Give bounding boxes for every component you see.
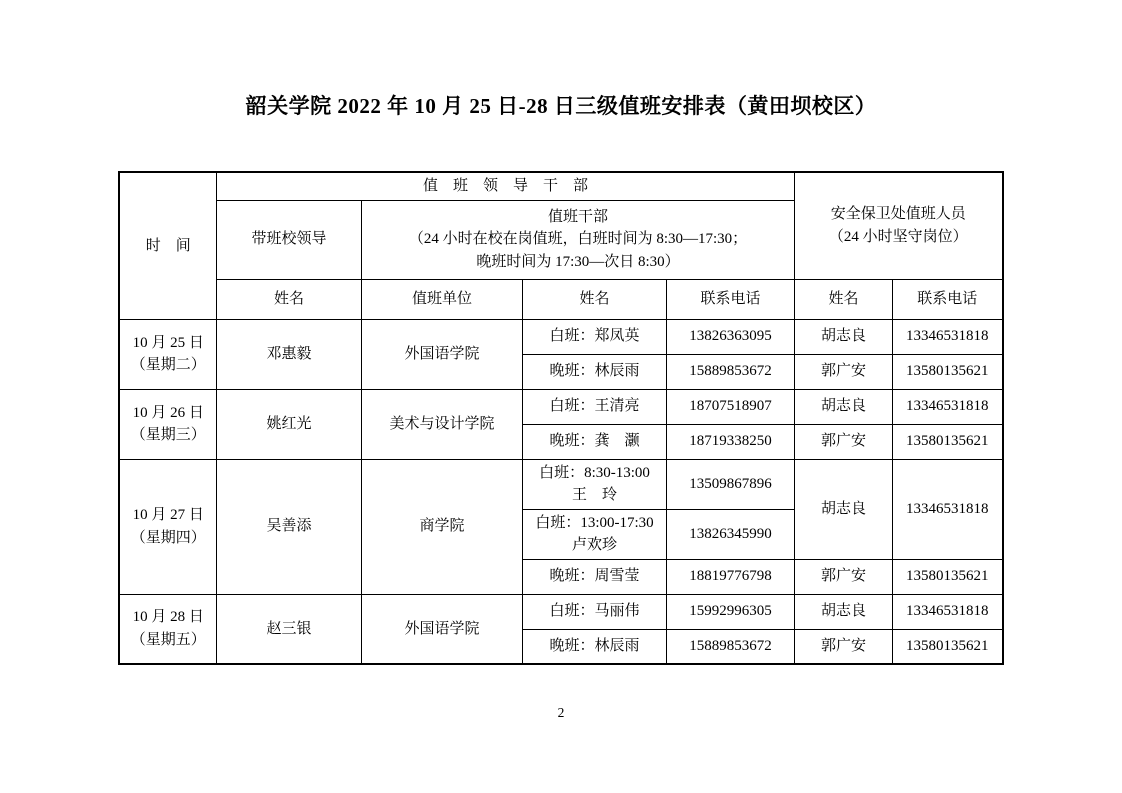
date-cell: 10 月 25 日 （星期二） bbox=[119, 319, 216, 389]
cadre-phone-cell: 15992996305 bbox=[666, 594, 794, 629]
date-cell: 10 月 26 日 （星期三） bbox=[119, 389, 216, 459]
cadre-phone-cell: 13826363095 bbox=[666, 319, 794, 354]
header-col-security-name: 姓名 bbox=[795, 279, 893, 319]
cadre-shift-cell: 白班：郑凤英 bbox=[522, 319, 666, 354]
security-name-cell: 胡志良 bbox=[795, 594, 893, 629]
security-name-cell: 郭广安 bbox=[795, 629, 893, 664]
cadre-phone-cell: 15889853672 bbox=[666, 629, 794, 664]
cadre-shift-cell: 白班：王清亮 bbox=[522, 389, 666, 424]
cadre-phone-cell: 18819776798 bbox=[666, 559, 794, 594]
duty-unit-cell: 外国语学院 bbox=[361, 594, 522, 664]
security-name-cell: 郭广安 bbox=[795, 559, 893, 594]
cadre-shift-cell: 晚班：林辰雨 bbox=[522, 629, 666, 664]
security-phone-cell: 13580135621 bbox=[893, 424, 1003, 459]
duty-schedule-table: 时 间 值 班 领 导 干 部 安全保卫处值班人员 （24 小时坚守岗位） 带班… bbox=[118, 171, 1003, 665]
cadre-shift-cell: 晚班：周雪莹 bbox=[522, 559, 666, 594]
cadre-phone-cell: 18707518907 bbox=[666, 389, 794, 424]
duty-unit-cell: 外国语学院 bbox=[361, 319, 522, 389]
cadre-shift-cell: 晚班：龚 灏 bbox=[522, 424, 666, 459]
duty-unit-cell: 美术与设计学院 bbox=[361, 389, 522, 459]
header-col-cadre-phone: 联系电话 bbox=[666, 279, 794, 319]
security-phone-cell: 13580135621 bbox=[893, 559, 1003, 594]
security-name-cell: 胡志良 bbox=[795, 389, 893, 424]
security-phone-cell: 13346531818 bbox=[893, 459, 1003, 559]
row-oct28-day: 10 月 28 日 （星期五） 赵三银 外国语学院 白班：马丽伟 1599299… bbox=[119, 594, 1002, 629]
header-col-duty-unit: 值班单位 bbox=[361, 279, 522, 319]
header-duty-leaders-group-cell: 值 班 领 导 干 部 bbox=[216, 172, 794, 200]
cadre-phone-cell: 15889853672 bbox=[666, 354, 794, 389]
row-oct27-day1: 10 月 27 日 （星期四） 吴善添 商学院 白班：8:30-13:00 王 … bbox=[119, 459, 1002, 509]
school-leader-cell: 姚红光 bbox=[216, 389, 361, 459]
row-oct26-day: 10 月 26 日 （星期三） 姚红光 美术与设计学院 白班：王清亮 18707… bbox=[119, 389, 1002, 424]
cadre-phone-cell: 13826345990 bbox=[666, 509, 794, 559]
header-duty-cadre-cell: 值班干部 （24 小时在校在岗值班，白班时间为 8:30—17:30； 晚班时间… bbox=[361, 200, 794, 279]
header-lead-leader-cell: 带班校领导 bbox=[216, 200, 361, 279]
security-name-cell: 胡志良 bbox=[795, 459, 893, 559]
date-cell: 10 月 28 日 （星期五） bbox=[119, 594, 216, 664]
security-name-cell: 郭广安 bbox=[795, 354, 893, 389]
header-col-security-phone: 联系电话 bbox=[893, 279, 1003, 319]
security-phone-cell: 13346531818 bbox=[893, 389, 1003, 424]
page-number: 2 bbox=[0, 705, 1122, 721]
cadre-shift-cell: 白班：8:30-13:00 王 玲 bbox=[522, 459, 666, 509]
security-phone-cell: 13580135621 bbox=[893, 629, 1003, 664]
header-col-cadre-name: 姓名 bbox=[522, 279, 666, 319]
security-phone-cell: 13580135621 bbox=[893, 354, 1003, 389]
header-time-cell: 时 间 bbox=[119, 172, 216, 319]
security-name-cell: 郭广安 bbox=[795, 424, 893, 459]
header-col-leader-name: 姓名 bbox=[216, 279, 361, 319]
school-leader-cell: 赵三银 bbox=[216, 594, 361, 664]
security-phone-cell: 13346531818 bbox=[893, 319, 1003, 354]
cadre-phone-cell: 18719338250 bbox=[666, 424, 794, 459]
header-row-1: 时 间 值 班 领 导 干 部 安全保卫处值班人员 （24 小时坚守岗位） bbox=[119, 172, 1002, 200]
cadre-shift-cell: 白班：马丽伟 bbox=[522, 594, 666, 629]
security-name-cell: 胡志良 bbox=[795, 319, 893, 354]
duty-unit-cell: 商学院 bbox=[361, 459, 522, 594]
document-page: 韶关学院 2022 年 10 月 25 日-28 日三级值班安排表（黄田坝校区）… bbox=[0, 0, 1122, 793]
date-cell: 10 月 27 日 （星期四） bbox=[119, 459, 216, 594]
row-oct25-day: 10 月 25 日 （星期二） 邓惠毅 外国语学院 白班：郑凤英 1382636… bbox=[119, 319, 1002, 354]
document-title: 韶关学院 2022 年 10 月 25 日-28 日三级值班安排表（黄田坝校区） bbox=[0, 0, 1122, 120]
school-leader-cell: 吴善添 bbox=[216, 459, 361, 594]
security-phone-cell: 13346531818 bbox=[893, 594, 1003, 629]
header-row-3: 姓名 值班单位 姓名 联系电话 姓名 联系电话 bbox=[119, 279, 1002, 319]
cadre-shift-cell: 晚班：林辰雨 bbox=[522, 354, 666, 389]
cadre-shift-cell: 白班：13:00-17:30 卢欢珍 bbox=[522, 509, 666, 559]
cadre-phone-cell: 13509867896 bbox=[666, 459, 794, 509]
school-leader-cell: 邓惠毅 bbox=[216, 319, 361, 389]
header-security-group-cell: 安全保卫处值班人员 （24 小时坚守岗位） bbox=[795, 172, 1003, 279]
